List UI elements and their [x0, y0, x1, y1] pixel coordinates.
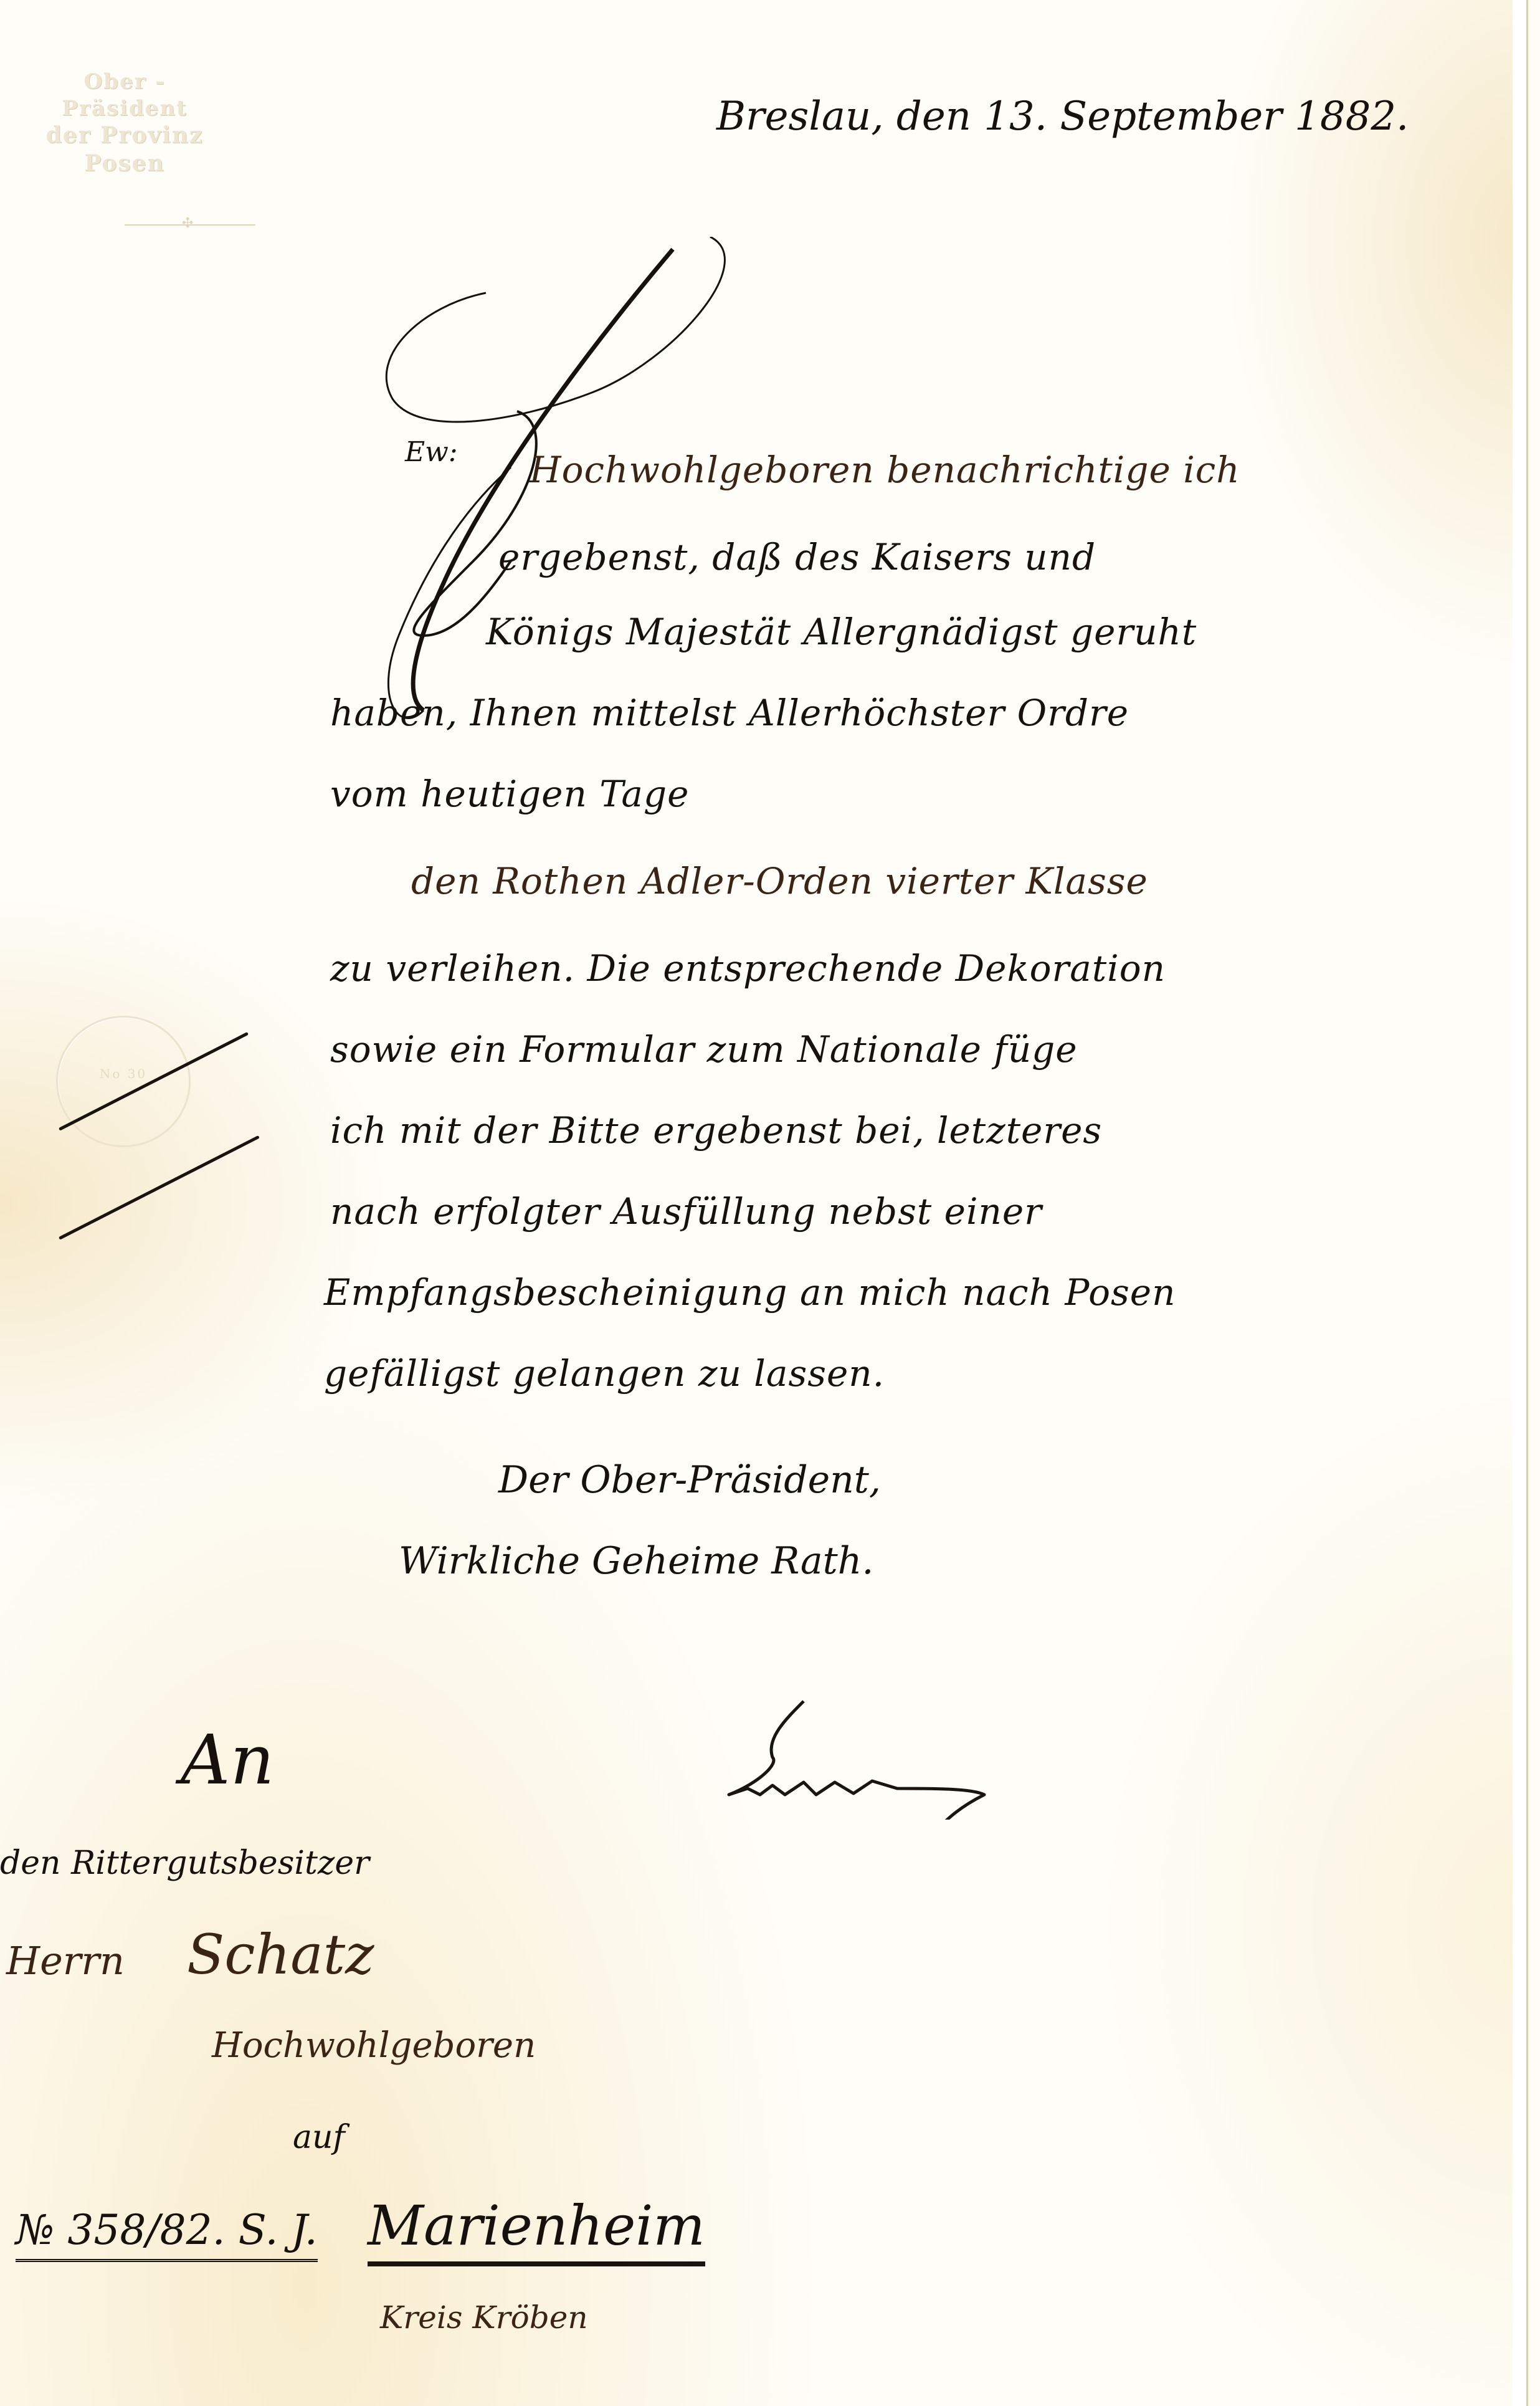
embossed-seal: No 30	[56, 1016, 191, 1147]
embossed-letterhead: Ober - Präsident der Provinz Posen	[37, 69, 212, 178]
body-line-1: Hochwohlgeboren benachrichtige ich	[530, 449, 1240, 491]
body-line-11: Empfangsbescheinigung an mich nach Posen	[324, 1271, 1176, 1314]
address-title: den Rittergutsbesitzer	[0, 1845, 369, 1882]
address-honorific: Hochwohlgeboren	[212, 2025, 536, 2066]
body-line-4: haben, Ihnen mittelst Allerhöchster Ordr…	[330, 692, 1129, 734]
letterhead-line-2: der Provinz Posen	[37, 122, 212, 178]
salutation: Ew:	[405, 436, 458, 468]
recipient-name: Schatz	[187, 1922, 374, 1987]
body-line-7: zu verleihen. Die entsprechende Dekorati…	[330, 947, 1166, 990]
district-name: Kreis Kröben	[380, 2299, 588, 2336]
document-page: Ober - Präsident der Provinz Posen Bresl…	[0, 0, 1528, 2406]
closing-line-1: Der Ober-Präsident,	[498, 1458, 881, 1502]
signature-scrawl-icon: [illegible signature]	[710, 1695, 1084, 1820]
body-line-12: gefälligst gelangen zu lassen.	[324, 1352, 885, 1395]
letterhead-ornament-rule	[125, 224, 255, 228]
body-line-2: ergebenst, daß des Kaisers und	[498, 536, 1096, 578]
scan-edge	[1513, 0, 1526, 2406]
address-herrn: Herrn	[6, 1938, 125, 1984]
address-an: An	[181, 1720, 274, 1800]
body-line-6-award: den Rothen Adler-Orden vierter Klasse	[411, 860, 1148, 902]
letterhead-line-1: Ober - Präsident	[37, 69, 212, 122]
reference-number: № 358/82. S. J.	[16, 2206, 318, 2262]
body-line-8: sowie ein Formular zum Nationale füge	[330, 1028, 1078, 1071]
address-auf: auf	[293, 2119, 345, 2156]
body-line-9: ich mit der Bitte ergebenst bei, letzter…	[330, 1109, 1102, 1152]
body-line-10: nach erfolgter Ausfüllung nebst einer	[330, 1190, 1042, 1233]
dateline: Breslau, den 13. September 1882.	[716, 93, 1409, 140]
estate-name: Marienheim	[368, 2194, 705, 2266]
body-line-3: Königs Majestät Allergnädigst geruht	[486, 611, 1197, 653]
body-line-5: vom heutigen Tage	[330, 773, 689, 815]
margin-stroke-2	[59, 1135, 260, 1240]
closing-line-2: Wirkliche Geheime Rath.	[399, 1539, 873, 1583]
